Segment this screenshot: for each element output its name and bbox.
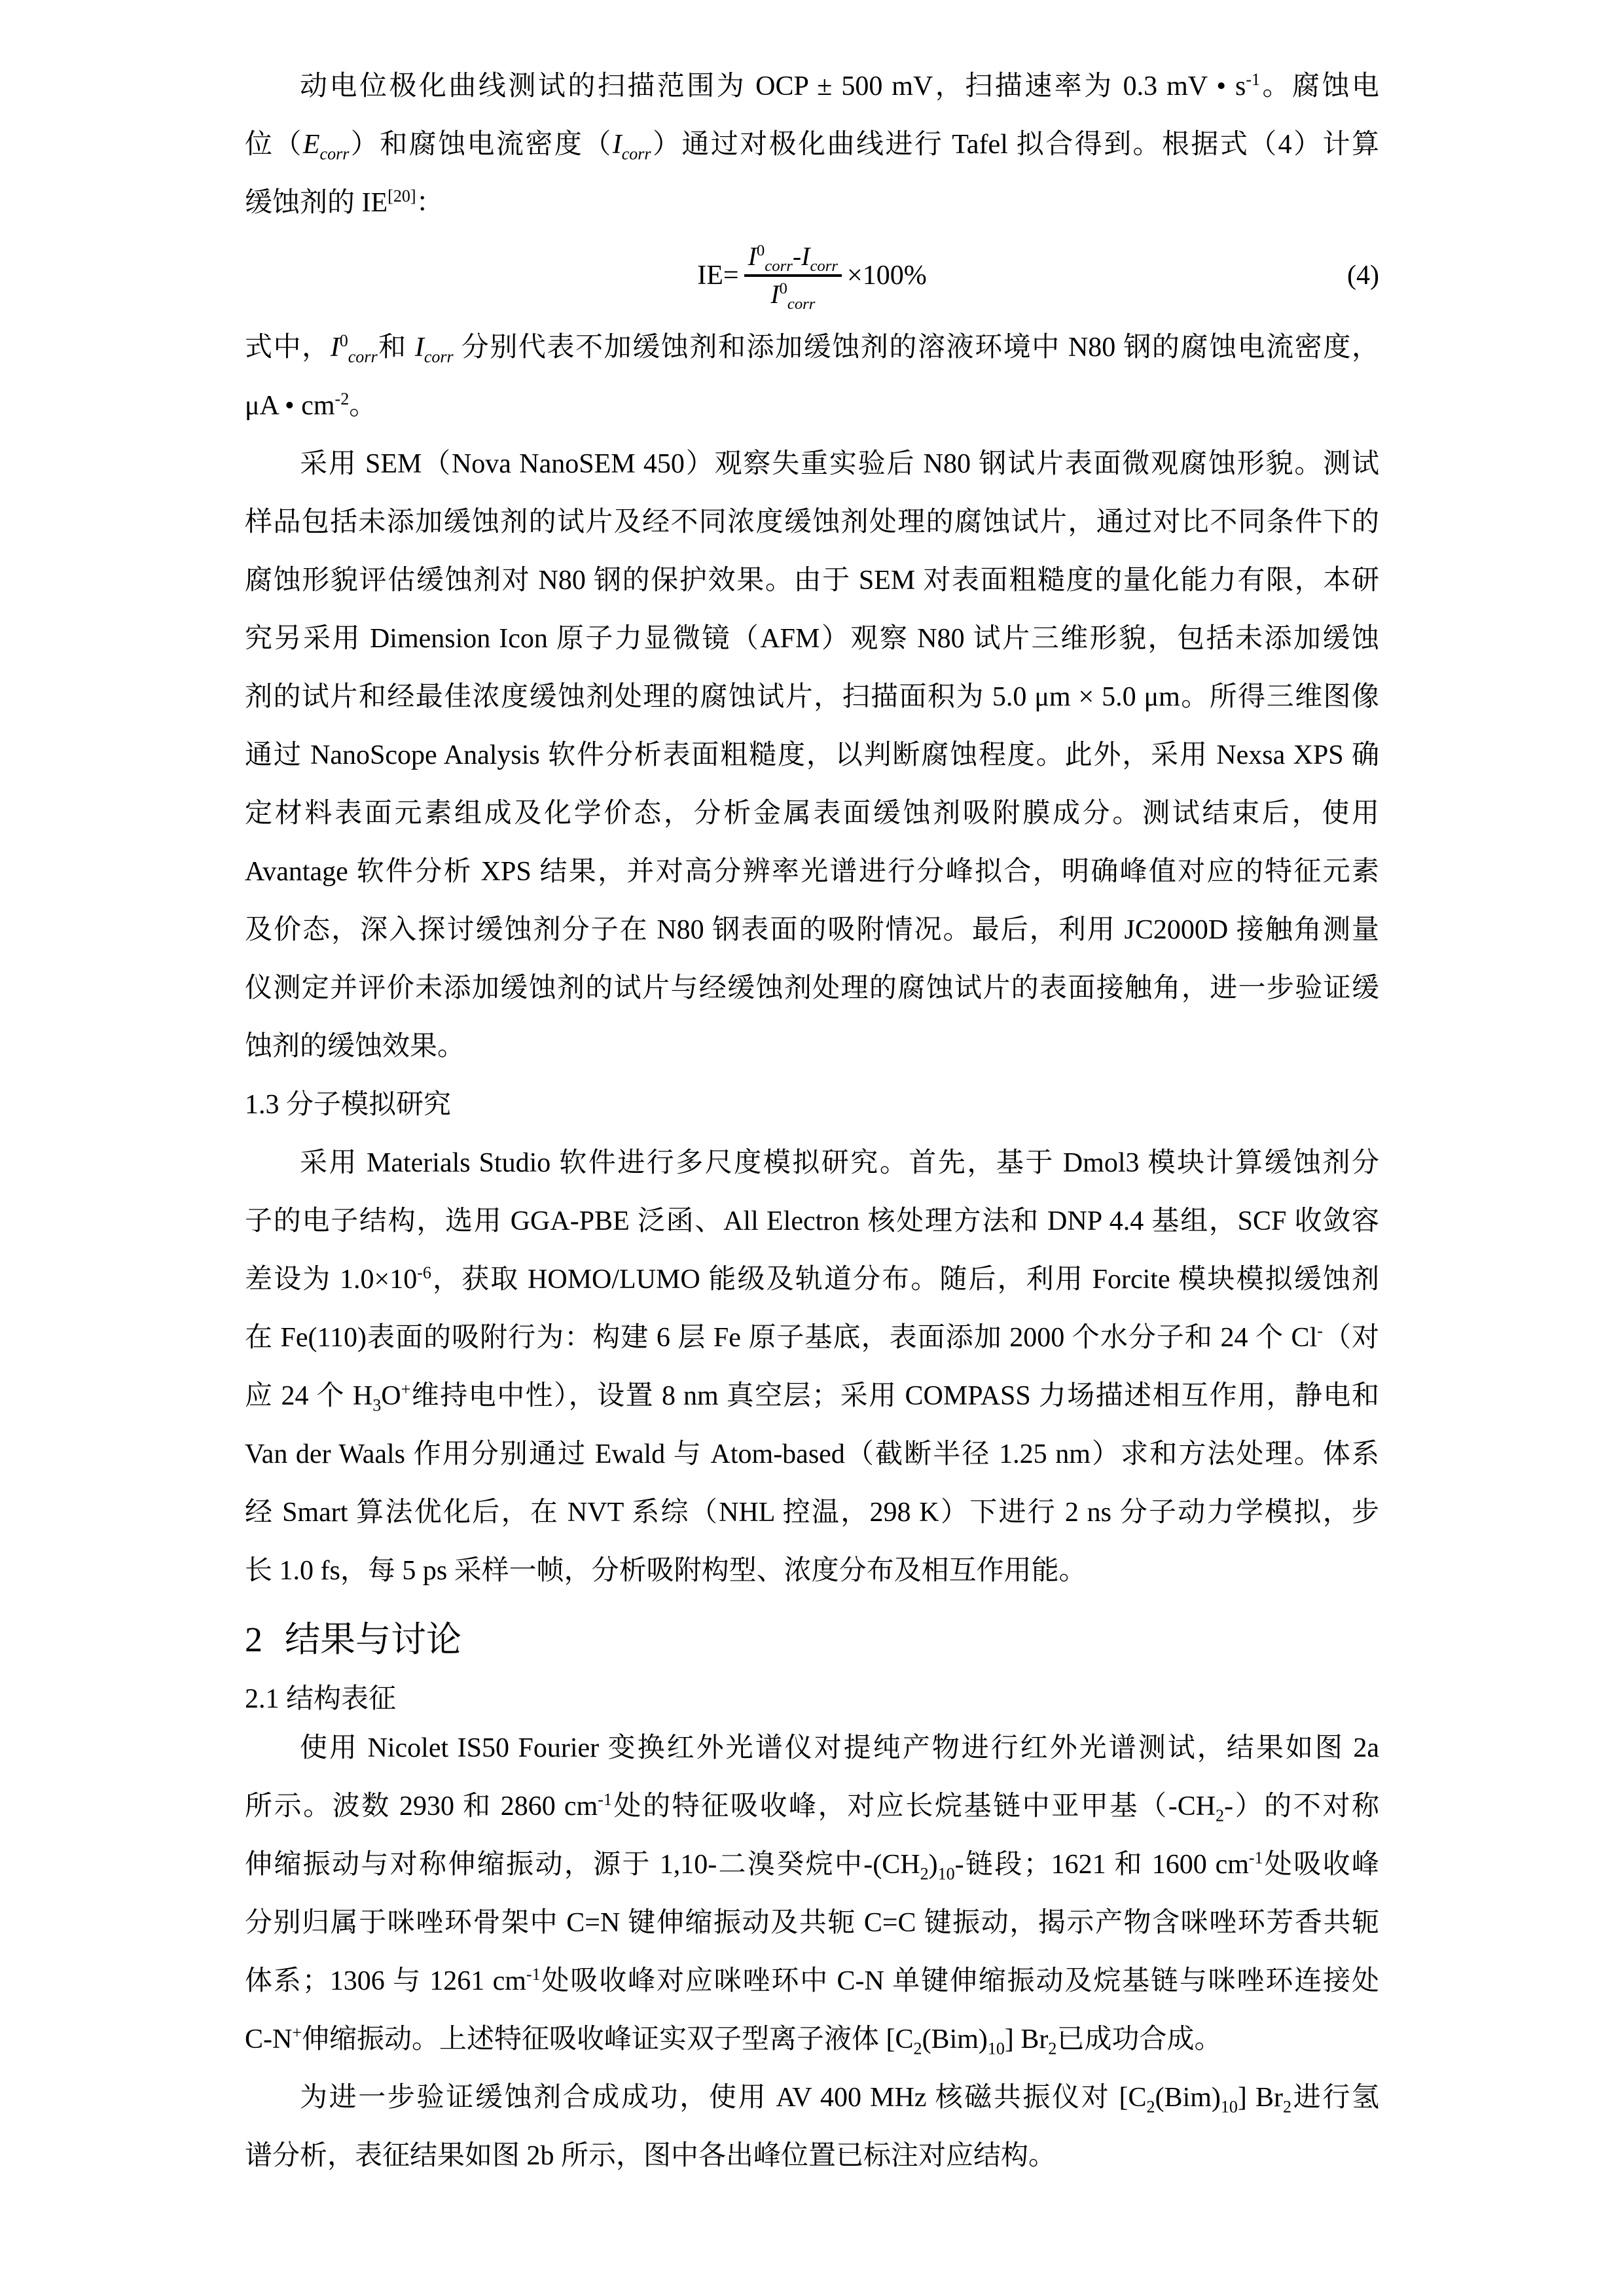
paragraph-sem-afm-xps: 采用 SEM（Nova NanoSEM 450）观察失重实验后 N80 钢试片表… <box>245 435 1379 1076</box>
text-line: 子的电子结构，选用 GGA-PBE 泛函、All Electron 核处理方法和… <box>245 1193 1379 1251</box>
text-line: 缓蚀剂的 IE[20]： <box>245 174 1379 232</box>
text-line: 通过 NanoScope Analysis 软件分析表面粗糙度，以判断腐蚀程度。… <box>245 726 1379 785</box>
equation-body: IE= I0corr-Icorr I0corr ×100% <box>697 242 926 310</box>
paragraph-polarization: 动电位极化曲线测试的扫描范围为 OCP ± 500 mV，扫描速率为 0.3 m… <box>245 58 1379 232</box>
fraction: I0corr-Icorr I0corr <box>744 242 842 310</box>
text-line: 所示。波数 2930 和 2860 cm-1处的特征吸收峰，对应长烷基链中亚甲基… <box>245 1778 1379 1836</box>
text-line: 究另采用 Dimension Icon 原子力显微镜（AFM）观察 N80 试片… <box>245 610 1379 668</box>
equation-number: (4) <box>1347 260 1379 291</box>
text-line: 差设为 1.0×10-6，获取 HOMO/LUMO 能级及轨道分布。随后，利用 … <box>245 1251 1379 1309</box>
text-line: Van der Waals 作用分别通过 Ewald 与 Atom-based（… <box>245 1426 1379 1484</box>
text-line: 样品包括未添加缓蚀剂的试片及经不同浓度缓蚀剂处理的腐蚀试片，通过对比不同条件下的 <box>245 493 1379 552</box>
text-line: C-N+伸缩振动。上述特征吸收峰证实双子型离子液体 [C2(Bim)10] Br… <box>245 2011 1379 2069</box>
document-page: 动电位极化曲线测试的扫描范围为 OCP ± 500 mV，扫描速率为 0.3 m… <box>0 0 1624 2296</box>
text-line: 采用 SEM（Nova NanoSEM 450）观察失重实验后 N80 钢试片表… <box>245 435 1379 493</box>
text-line: 经 Smart 算法优化后，在 NVT 系综（NHL 控温，298 K）下进行 … <box>245 1484 1379 1542</box>
text-line: Avantage 软件分析 XPS 结果，并对高分辨率光谱进行分峰拟合，明确峰值… <box>245 843 1379 901</box>
fraction-denominator: I0corr <box>744 277 842 310</box>
text-line: 应 24 个 H3O+维持电中性），设置 8 nm 真空层；采用 COMPASS… <box>245 1367 1379 1426</box>
text-line: 谱分析，表征结果如图 2b 所示，图中各出峰位置已标注对应结构。 <box>245 2127 1379 2185</box>
text-line: 定材料表面元素组成及化学价态，分析金属表面缓蚀剂吸附膜成分。测试结束后，使用 <box>245 785 1379 843</box>
text-line: 为进一步验证缓蚀剂合成成功，使用 AV 400 MHz 核磁共振仪对 [C2(B… <box>245 2069 1379 2127</box>
section-heading-2-number: 2 <box>245 1600 262 1679</box>
text-line: 仪测定并评价未添加缓蚀剂的试片与经缓蚀剂处理的腐蚀试片的表面接触角，进一步验证缓 <box>245 960 1379 1018</box>
text-line: 腐蚀形貌评估缓蚀剂对 N80 钢的保护效果。由于 SEM 对表面粗糙度的量化能力… <box>245 552 1379 610</box>
text-line: 动电位极化曲线测试的扫描范围为 OCP ± 500 mV，扫描速率为 0.3 m… <box>245 58 1379 116</box>
equation-rhs: ×100% <box>847 260 927 291</box>
text-line: 式中，I0corr和 Icorr 分别代表不加缓蚀剂和添加缓蚀剂的溶液环境中 N… <box>245 319 1379 377</box>
equation-4: IE= I0corr-Icorr I0corr ×100% (4) <box>245 232 1379 319</box>
section-heading-2-title: 结果与讨论 <box>285 1600 461 1679</box>
section-heading-1-3: 1.3 分子模拟研究 <box>245 1076 1379 1134</box>
text-line: 在 Fe(110)表面的吸附行为：构建 6 层 Fe 原子基底，表面添加 200… <box>245 1309 1379 1367</box>
text-line: 分别归属于咪唑环骨架中 C=N 键伸缩振动及共轭 C=C 键振动，揭示产物含咪唑… <box>245 1894 1379 1952</box>
text-line: 剂的试片和经最佳浓度缓蚀剂处理的腐蚀试片，扫描面积为 5.0 μm × 5.0 … <box>245 668 1379 726</box>
paragraph-formula-terms: 式中，I0corr和 Icorr 分别代表不加缓蚀剂和添加缓蚀剂的溶液环境中 N… <box>245 319 1379 435</box>
text-line: 体系；1306 与 1261 cm-1处吸收峰对应咪唑环中 C-N 单键伸缩振动… <box>245 1952 1379 2011</box>
section-heading-2-1: 2.1 结构表征 <box>245 1679 1379 1719</box>
text-line: 采用 Materials Studio 软件进行多尺度模拟研究。首先，基于 Dm… <box>245 1134 1379 1193</box>
paragraph-ftir: 使用 Nicolet IS50 Fourier 变换红外光谱仪对提纯产物进行红外… <box>245 1719 1379 2069</box>
text-line: 伸缩振动与对称伸缩振动，源于 1,10-二溴癸烷中-(CH2)10-链段；162… <box>245 1836 1379 1894</box>
text-line: 及价态，深入探讨缓蚀剂分子在 N80 钢表面的吸附情况。最后，利用 JC2000… <box>245 901 1379 960</box>
paragraph-molecular-simulation: 采用 Materials Studio 软件进行多尺度模拟研究。首先，基于 Dm… <box>245 1134 1379 1600</box>
paragraph-nmr: 为进一步验证缓蚀剂合成成功，使用 AV 400 MHz 核磁共振仪对 [C2(B… <box>245 2069 1379 2185</box>
text-line: 使用 Nicolet IS50 Fourier 变换红外光谱仪对提纯产物进行红外… <box>245 1719 1379 1778</box>
text-line: 蚀剂的缓蚀效果。 <box>245 1018 1379 1076</box>
text-line: 长 1.0 fs，每 5 ps 采样一帧，分析吸附构型、浓度分布及相互作用能。 <box>245 1542 1379 1600</box>
fraction-numerator: I0corr-Icorr <box>744 242 842 277</box>
text-line: 位（Ecorr）和腐蚀电流密度（Icorr）通过对极化曲线进行 Tafel 拟合… <box>245 116 1379 174</box>
equation-lhs: IE= <box>697 260 738 291</box>
section-heading-2: 2 结果与讨论 <box>245 1600 1379 1679</box>
text-line: μA • cm-2。 <box>245 377 1379 435</box>
